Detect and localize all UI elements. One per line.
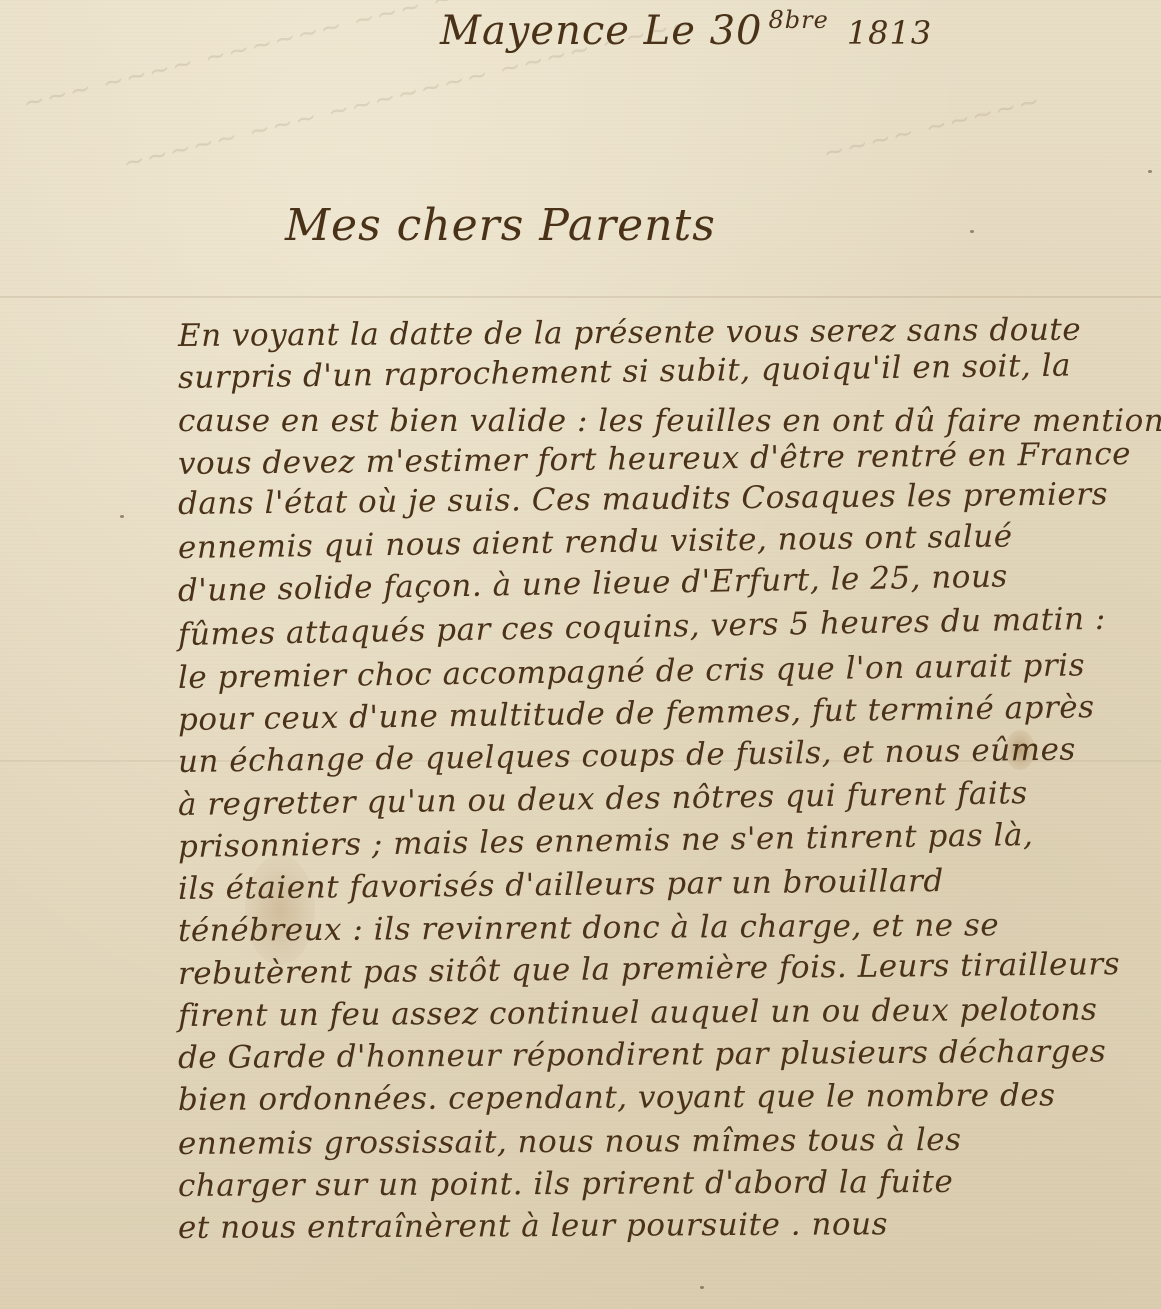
paper-fold-line [0, 296, 1161, 298]
header-place: Mayence [440, 8, 630, 54]
body-line: bien ordonnées. cependant, voyant que le… [178, 1077, 1056, 1118]
paper-speck [120, 515, 124, 518]
paper-speck [700, 1286, 704, 1289]
letter-header: Mayence Le 308bre1813 [440, 6, 932, 54]
body-line: cause en est bien valide : les feuilles … [178, 403, 1161, 439]
body-line: En voyant la datte de la présente vous s… [178, 312, 1081, 354]
header-month: 8bre [769, 6, 829, 34]
body-line: de Garde d'honneur répondirent par plusi… [178, 1034, 1106, 1076]
header-year: 1813 [847, 14, 932, 52]
body-line: et nous entraînèrent à leur poursuite . … [178, 1206, 888, 1246]
body-line: charger sur un point. ils prirent d'abor… [178, 1164, 953, 1204]
body-line: ténébreux : ils revinrent donc à la char… [178, 907, 999, 949]
salutation: Mes chers Parents [285, 200, 716, 251]
body-line: firent un feu assez continuel auquel un … [178, 992, 1098, 1034]
body-line: ennemis grossissait, nous nous mîmes tou… [178, 1122, 962, 1162]
paper-speck [970, 230, 974, 233]
paper-speck [1148, 170, 1152, 173]
header-date: Le 30 [644, 8, 763, 54]
